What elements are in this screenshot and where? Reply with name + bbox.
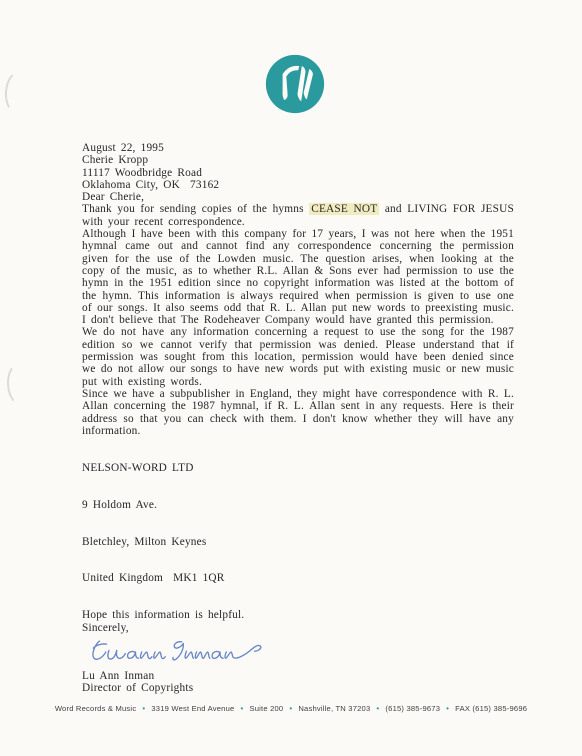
valediction: Sincerely, <box>82 622 514 634</box>
footer-fax: FAX (615) 385-9696 <box>455 704 527 713</box>
bullet-separator: • <box>376 704 379 713</box>
recipient-address-block: Cherie Kropp 11117 Woodbridge Road Oklah… <box>82 154 514 191</box>
scanned-letter-page: August 22, 1995 Cherie Kropp 11117 Woodb… <box>0 0 582 756</box>
signer-name: Lu Ann Inman <box>82 670 514 682</box>
bullet-separator: • <box>240 704 243 713</box>
letter-body: August 22, 1995 Cherie Kropp 11117 Woodb… <box>82 142 514 694</box>
salutation: Dear Cherie, <box>82 191 514 203</box>
signer-title: Director of Copyrights <box>82 682 514 694</box>
scan-artifact-crescent <box>6 361 36 406</box>
scan-artifact-crescent <box>3 69 35 116</box>
paragraph-1-pre: Thank you for sending copies of the hymn… <box>82 203 309 215</box>
paragraph-2: Although I have been with this company f… <box>82 228 514 326</box>
subpublisher-street: 9 Holdom Ave. <box>82 499 514 511</box>
subpublisher-address-block: NELSON-WORD LTD 9 Holdom Ave. Bletchley,… <box>82 437 514 609</box>
bullet-separator: • <box>446 704 449 713</box>
footer-city: Nashville, TN 37203 <box>298 704 370 713</box>
highlighted-song-title: CEASE NOT <box>309 203 379 215</box>
paragraph-1: Thank you for sending copies of the hymn… <box>82 203 514 228</box>
footer-phone: (615) 385-9673 <box>385 704 440 713</box>
handwritten-signature <box>82 634 272 670</box>
subpublisher-city: Bletchley, Milton Keynes <box>82 536 514 548</box>
footer-company: Word Records & Music <box>55 704 137 713</box>
letter-date: August 22, 1995 <box>82 142 514 154</box>
bullet-separator: • <box>289 704 292 713</box>
bullet-separator: • <box>142 704 145 713</box>
recipient-name: Cherie Kropp <box>82 154 514 166</box>
closing-line: Hope this information is helpful. <box>82 609 514 621</box>
subpublisher-name: NELSON-WORD LTD <box>82 462 514 474</box>
paragraph-3: We do not have any information concernin… <box>82 326 514 387</box>
word-records-logo-icon <box>264 53 326 115</box>
paragraph-4: Since we have a subpublisher in England,… <box>82 388 514 437</box>
footer-street: 3319 West End Avenue <box>151 704 234 713</box>
recipient-city: Oklahoma City, OK 73162 <box>82 179 514 191</box>
footer-suite: Suite 200 <box>249 704 283 713</box>
letterhead-footer: Word Records & Music•3319 West End Avenu… <box>0 704 582 713</box>
subpublisher-country: United Kingdom MK1 1QR <box>82 572 514 584</box>
recipient-street: 11117 Woodbridge Road <box>82 167 514 179</box>
